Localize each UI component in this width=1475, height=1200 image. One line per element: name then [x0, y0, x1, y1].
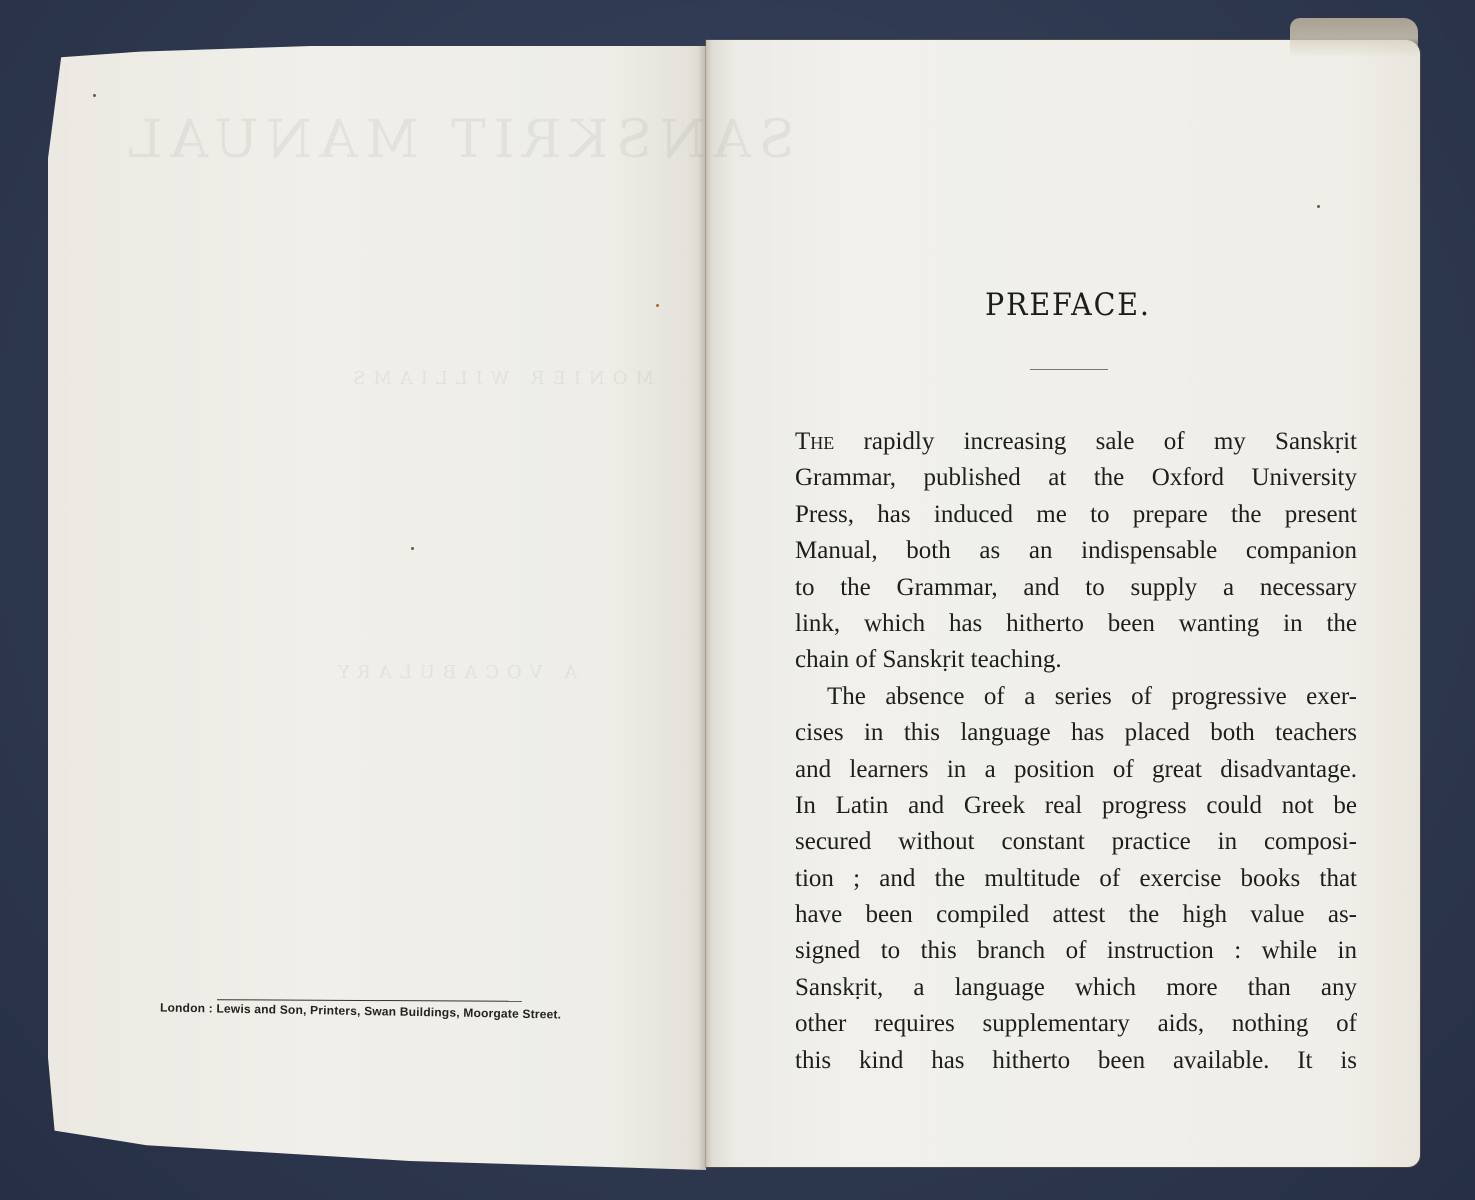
text-line: to the Grammar, and to supply a necessar… — [795, 570, 1357, 606]
preface-body: The rapidly increasing sale of my Sanskṛ… — [795, 424, 1357, 1079]
show-through-title: SANSKRIT MANUAL — [120, 110, 795, 170]
left-page — [48, 46, 706, 1170]
text-line: secured without constant practice in com… — [795, 824, 1357, 860]
page-heading: PREFACE. — [985, 287, 1151, 323]
book-gutter — [698, 40, 712, 1170]
text-line: The rapidly increasing sale of my Sanskṛ… — [795, 424, 1357, 460]
text-line: link, which has hitherto been wanting in… — [795, 606, 1357, 642]
heading-rule — [1030, 369, 1108, 370]
paper-speck — [1317, 205, 1320, 208]
text-line: and learners in a position of great disa… — [795, 752, 1357, 788]
paper-speck — [93, 94, 96, 97]
text-line: Press, has induced me to prepare the pre… — [795, 497, 1357, 533]
text-line: Manual, both as an indispensable compani… — [795, 533, 1357, 569]
paper-speck — [411, 547, 414, 550]
paper-speck — [656, 304, 659, 307]
text-line: signed to this branch of instruction : w… — [795, 933, 1357, 969]
text-line: In Latin and Greek real progress could n… — [795, 788, 1357, 824]
text-line: chain of Sanskṛit teaching. — [795, 642, 1357, 678]
page-corner-wear — [1290, 18, 1418, 58]
text-line: Sanskṛit, a language which more than any — [795, 970, 1357, 1006]
text-line: other requires supplementary aids, nothi… — [795, 1006, 1357, 1042]
text-line: The absence of a series of progressive e… — [795, 679, 1357, 715]
text-line: cises in this language has placed both t… — [795, 715, 1357, 751]
text-line: Grammar, published at the Oxford Univers… — [795, 460, 1357, 496]
show-through-line: A VOCABULARY — [330, 662, 577, 683]
small-caps-lead: The — [795, 428, 834, 455]
text-line: this kind has hitherto been available. I… — [795, 1043, 1357, 1079]
text-line: tion ; and the multitude of exercise boo… — [795, 861, 1357, 897]
show-through-line: MONIER WILLIAMS — [345, 368, 654, 389]
text-line: have been compiled attest the high value… — [795, 897, 1357, 933]
